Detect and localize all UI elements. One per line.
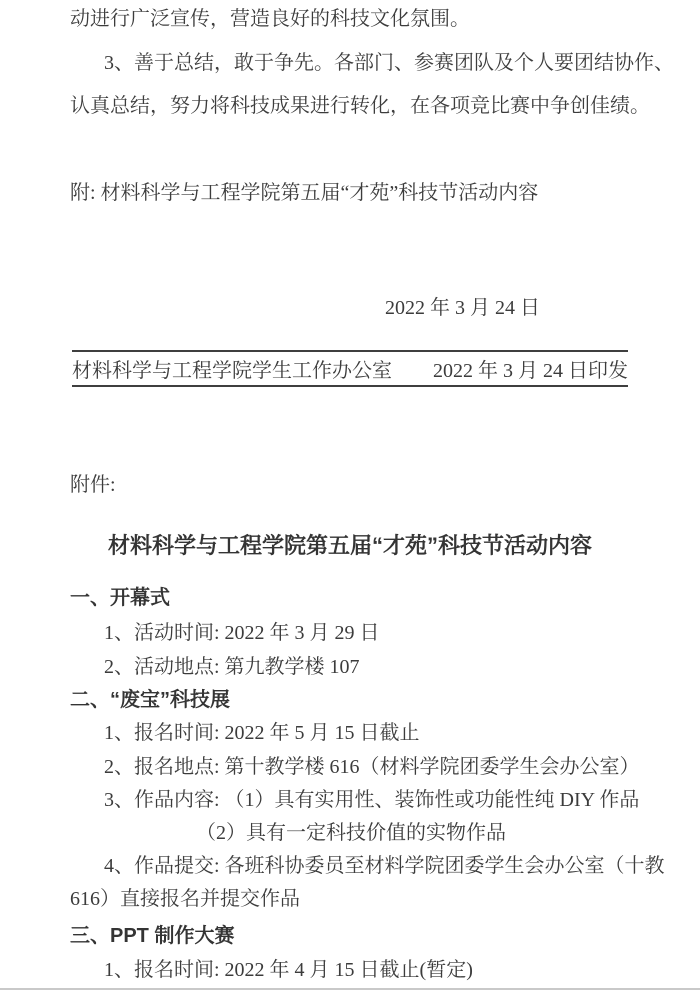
section-item: 3、作品内容: （1）具有实用性、装饰性或功能性纯 DIY 作品 xyxy=(104,788,639,812)
intro-paragraph-line-1: 动进行广泛宣传，营造良好的科技文化氛围。 xyxy=(70,7,470,31)
colophon-top-rule xyxy=(72,350,628,352)
colophon-bottom-rule xyxy=(72,385,628,387)
attachment-title: 材料科学与工程学院第五届“才苑”科技节活动内容 xyxy=(0,533,700,559)
section-item-continuation: （2）具有一定科技价值的实物作品 xyxy=(196,821,506,845)
section-heading-opening-ceremony: 一、开幕式 xyxy=(70,586,170,610)
section-item: 2、报名地点: 第十教学楼 616（材料学院团委学生会办公室） xyxy=(104,755,640,779)
intro-paragraph-line-3: 认真总结，努力将科技成果进行转化，在各项竞比赛中争创佳绩。 xyxy=(70,94,650,118)
attachment-reference: 附: 材料科学与工程学院第五届“才苑”科技节活动内容 xyxy=(70,181,538,205)
section-item: 1、活动时间: 2022 年 3 月 29 日 xyxy=(104,621,380,645)
section-item: 1、报名时间: 2022 年 5 月 15 日截止 xyxy=(104,721,420,745)
document-page: 动进行广泛宣传，营造良好的科技文化氛围。 3、善于总结，敢于争先。各部门、参赛团… xyxy=(0,0,700,990)
colophon-row: 材料科学与工程学院学生工作办公室 2022 年 3 月 24 日印发 xyxy=(72,359,628,383)
issuing-office: 材料科学与工程学院学生工作办公室 xyxy=(72,359,392,383)
section-heading-tech-exhibition: 二、“废宝”科技展 xyxy=(70,688,230,712)
section-item-continuation: 616）直接报名并提交作品 xyxy=(70,887,300,911)
section-item: 2、活动地点: 第九教学楼 107 xyxy=(104,655,360,679)
print-date: 2022 年 3 月 24 日印发 xyxy=(433,359,628,383)
section-item: 1、报名时间: 2022 年 4 月 15 日截止(暂定) xyxy=(104,958,473,982)
section-item: 4、作品提交: 各班科协委员至材料学院团委学生会办公室（十教 xyxy=(104,854,665,878)
intro-paragraph-line-2: 3、善于总结，敢于争先。各部门、参赛团队及个人要团结协作、 xyxy=(104,51,674,75)
attachment-label: 附件: xyxy=(70,473,116,497)
issue-date: 2022 年 3 月 24 日 xyxy=(385,296,540,320)
section-heading-ppt-contest: 三、PPT 制作大赛 xyxy=(70,924,234,948)
